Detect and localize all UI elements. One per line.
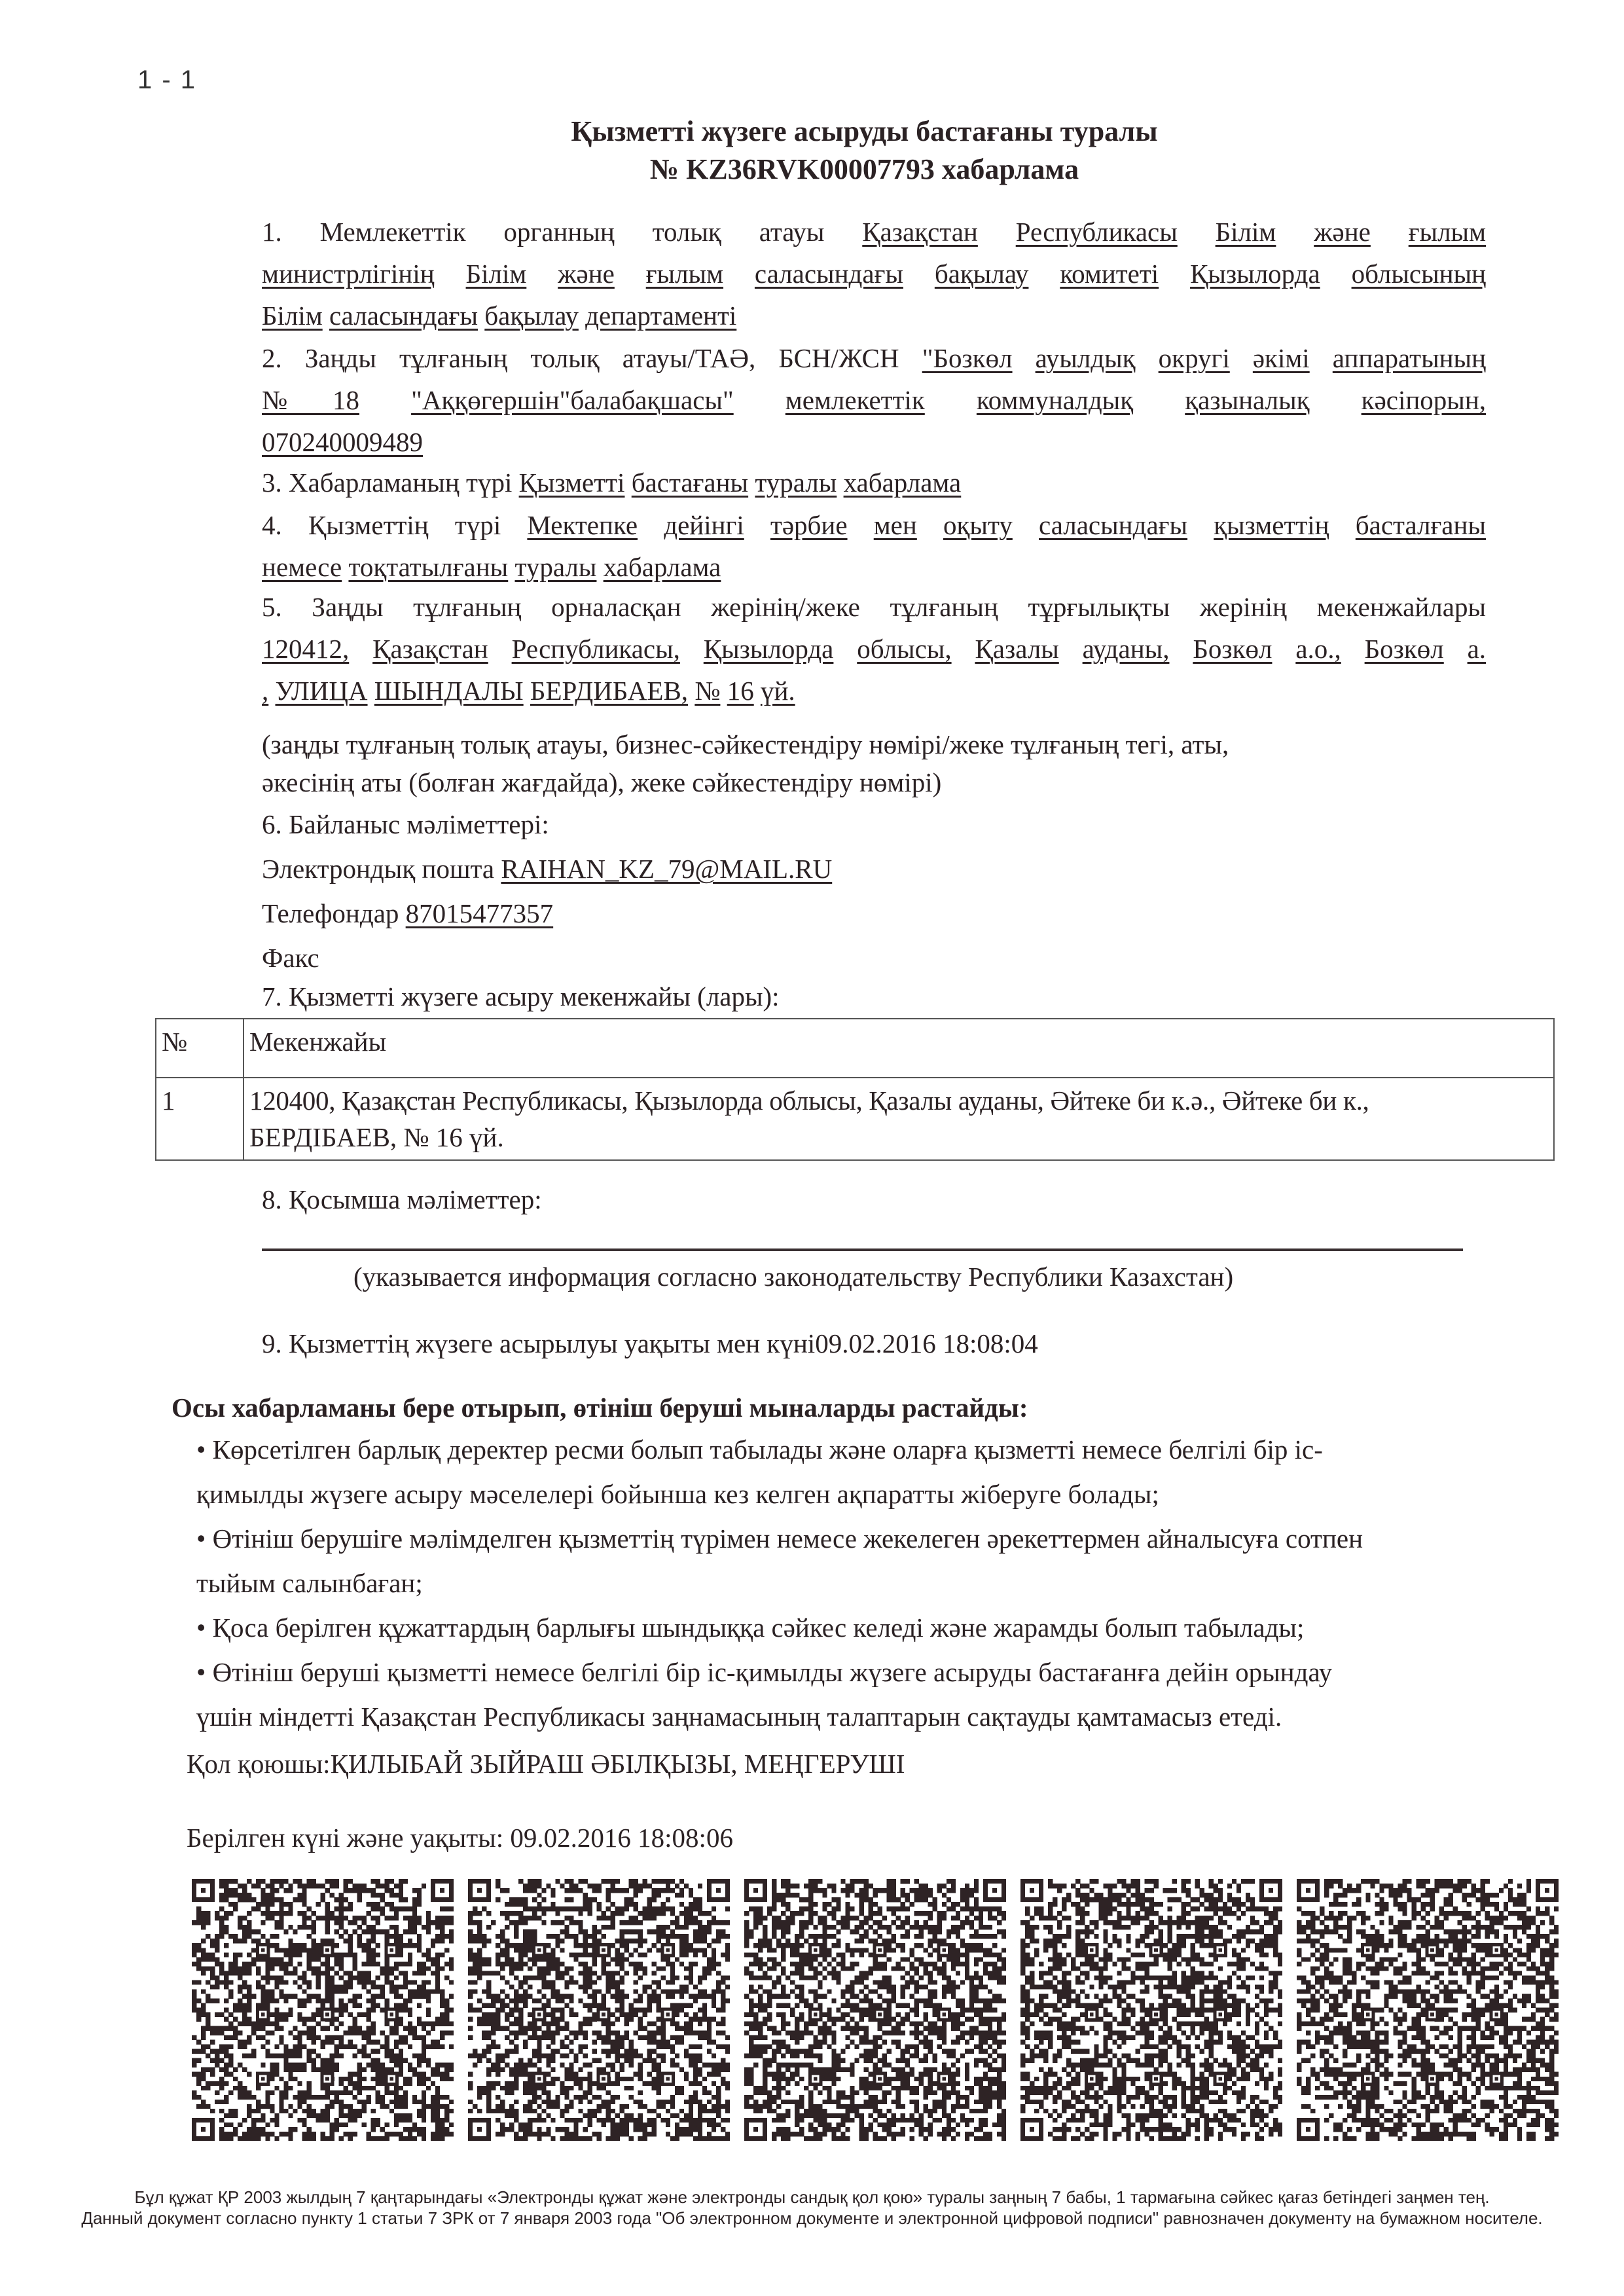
underlined-value-word: УЛИЦА (276, 676, 368, 706)
underlined-value-word: Білім (262, 301, 323, 331)
underlined-value-word: саласындағы (755, 259, 903, 289)
activity-datetime: 09.02.2016 18:08:04 (815, 1328, 1038, 1358)
underlined-value-word: а.о., (1295, 634, 1341, 664)
underlined-value-word: облысының (1352, 259, 1487, 289)
page-number: 1 - 1 (137, 65, 196, 95)
s1-line-3: Білім саласындағы бақылау департаменті (262, 295, 1486, 337)
underlined-value-word: Бозкөл (1365, 634, 1444, 664)
underlined-value-word: Республикасы, (512, 634, 680, 664)
underlined-value-word: және (558, 259, 615, 289)
underlined-value-word: Қызылорда (704, 634, 834, 664)
underlined-value-word: а. (1468, 634, 1486, 664)
underlined-value-word: 120412, (262, 634, 349, 664)
col-header-num: № (156, 1019, 244, 1078)
email-link[interactable]: RAIHAN_KZ_79@MAIL.RU (501, 854, 832, 884)
underlined-value-word: Білім (466, 259, 527, 289)
footer-kz: Бұл құжат ҚР 2003 жылдың 7 қаңтарындағы … (0, 2187, 1624, 2208)
section-7-label: 7. Қызметті жүзеге асыру мекенжайы (лары… (262, 975, 1486, 1017)
underlined-value-word: тоқтатылғаны (348, 552, 508, 582)
underlined-value-word: "Бозкөл (922, 343, 1013, 373)
title-line-2: № KZ36RVK00007793 хабарлама (0, 151, 1624, 189)
underlined-value-word: Қазақстан (862, 217, 978, 247)
underlined-value-word: әкімі (1253, 343, 1310, 373)
underlined-value-word: Қазалы (975, 634, 1058, 664)
s2-line-2: №18 "Аққөгершін"балабақшасы" мемлекеттік… (262, 379, 1486, 421)
signer: Қол қоюшы:ҚИЛЫБАЙ ЗЫЙРАШ ӘБІЛҚЫЗЫ, МЕҢГЕ… (187, 1743, 1411, 1785)
underlined-value-word: немесе (262, 552, 342, 582)
underlined-value-word: мемлекеттік (785, 385, 925, 415)
issued-datetime: Берілген күні және уақыты: 09.02.2016 18… (187, 1817, 1411, 1859)
qr-code-2 (468, 1879, 730, 2141)
qr-code-3 (744, 1879, 1006, 2141)
address-table: № Мекенжайы 1 120400, Қазақстан Республи… (155, 1018, 1555, 1161)
underlined-value-word: Білім (1216, 217, 1276, 247)
section-8-label: 8. Қосымша мәліметтер: (262, 1178, 1486, 1220)
underlined-value-word: аппаратының (1333, 343, 1486, 373)
underlined-value-word: Қазақстан (372, 634, 488, 664)
footer-ru: Данный документ согласно пункту 1 статьи… (0, 2208, 1624, 2229)
underlined-value-word: "Аққөгершін"балабақшасы" (411, 385, 734, 415)
underlined-value-word: саласындағы (1039, 510, 1187, 540)
underlined-value-word: саласындағы (329, 301, 478, 331)
underlined-value-word: хабарлама (604, 552, 721, 582)
underlined-value-word: Қызметті (519, 467, 625, 498)
underlined-value-word: бастағаны (632, 467, 748, 498)
bin-value: 070240009489 (262, 427, 423, 457)
underlined-value-word: Республикасы (1016, 217, 1178, 247)
underlined-value-word: Мектепке (527, 510, 638, 540)
underlined-value-word: үй. (761, 676, 795, 706)
underlined-value-word: кәсіпорын, (1362, 385, 1486, 415)
document-title: Қызметті жүзеге асыруды бастағаны туралы… (0, 113, 1624, 189)
s2-line-3: 070240009489 (262, 421, 1486, 463)
underlined-value-word: ғылым (1409, 217, 1486, 247)
underlined-value-word: округі (1159, 343, 1230, 373)
underlined-value-word: бақылау (935, 259, 1029, 289)
underlined-value-word: оқыту (943, 510, 1013, 540)
qr-code-1 (192, 1879, 454, 2141)
underlined-value-word: бақылау (484, 301, 579, 331)
underlined-value-word: 16 (727, 676, 754, 706)
underlined-value-word: Бозкөл (1193, 634, 1272, 664)
section-3: 3. Хабарламаның түрі Қызметті бастағаны … (262, 462, 1486, 503)
underlined-value-word: қызметтің (1214, 510, 1329, 540)
qr-code-5 (1297, 1879, 1559, 2141)
underlined-value-word: коммуналдық (977, 385, 1133, 415)
qr-code-4 (1020, 1879, 1282, 2141)
underlined-value-word: қазыналық (1185, 385, 1309, 415)
confirmation-bullets: • Көрсетілген барлық деректер ресми болы… (196, 1427, 1506, 1739)
underlined-value-word: министрлігінің (262, 259, 435, 289)
section-5-note: (заңды тұлғаның толық атауы, бизнес-сәйк… (262, 725, 1486, 801)
legal-footer: Бұл құжат ҚР 2003 жылдың 7 қаңтарындағы … (0, 2187, 1624, 2229)
underlined-value-word: №18 (262, 385, 359, 415)
underlined-value-word: ауылдық (1036, 343, 1136, 373)
qr-code-strip (192, 1879, 1560, 2141)
section-1: 1. Мемлекеттік органның толық атауы Қаза… (262, 211, 1486, 337)
underlined-value-word: облысы, (857, 634, 951, 664)
divider-line (262, 1248, 1463, 1251)
fax-label: Факс (262, 936, 1486, 980)
signer-name: ҚИЛЫБАЙ ЗЫЙРАШ ӘБІЛҚЫЗЫ, МЕҢГЕРУШІ (331, 1749, 905, 1779)
underlined-value-word: , (262, 676, 268, 706)
underlined-value-word: және (1314, 217, 1371, 247)
s1-line-1: 1. Мемлекеттік органның толық атауы Қаза… (262, 211, 1486, 253)
underlined-value-word: басталғаны (1356, 510, 1486, 540)
underlined-value-word: департаменті (585, 301, 736, 331)
col-header-address: Мекенжайы (244, 1019, 1554, 1078)
underlined-value-word: тәрбие (770, 510, 848, 540)
section-8-note: (указывается информация согласно законод… (353, 1256, 1401, 1298)
s1-line-2: министрлігінің Білім және ғылым саласынд… (262, 253, 1486, 295)
confirmation-heading: Осы хабарламаны бере отырып, өтініш беру… (171, 1392, 1028, 1423)
underlined-value-word: ғылым (646, 259, 723, 289)
underlined-value-word: БЕРДИБАЕВ, (530, 676, 688, 706)
table-row: 1 120400, Қазақстан Республикасы, Қызыло… (156, 1078, 1554, 1160)
row-num: 1 (156, 1078, 244, 1160)
underlined-value-word: дейінгі (664, 510, 744, 540)
underlined-value-word: туралы (755, 467, 837, 498)
section-4: 4. Қызметтің түрі Мектепке дейінгі тәрби… (262, 504, 1486, 588)
title-line-1: Қызметті жүзеге асыруды бастағаны туралы (0, 113, 1624, 151)
phone-value: 87015477357 (406, 898, 554, 928)
underlined-value-word: мен (874, 510, 917, 540)
underlined-value-word: ШЫНДАЛЫ (374, 676, 524, 706)
section-2: 2. Заңды тұлғаның толық атауы/ТАӘ, БСН/Ж… (262, 337, 1486, 463)
row-address: 120400, Қазақстан Республикасы, Қызылорд… (244, 1078, 1554, 1160)
section-6: 6. Байланыс мәліметтері: Электрондық пош… (262, 802, 1486, 980)
section-5: 5. Заңды тұлғаның орналасқан жерінің/жек… (262, 586, 1486, 712)
table-header-row: № Мекенжайы (156, 1019, 1554, 1078)
section-9: 9. Қызметтің жүзеге асырылуы уақыты мен … (262, 1322, 1486, 1364)
issued-value: 09.02.2016 18:08:06 (510, 1823, 733, 1853)
s2-line-1: 2. Заңды тұлғаның толық атауы/ТАӘ, БСН/Ж… (262, 337, 1486, 379)
underlined-value-word: туралы (514, 552, 596, 582)
underlined-value-word: хабарлама (844, 467, 962, 498)
underlined-value-word: № (695, 676, 720, 706)
underlined-value-word: ауданы, (1083, 634, 1170, 664)
underlined-value-word: Қызылорда (1190, 259, 1320, 289)
underlined-value-word: комитеті (1060, 259, 1159, 289)
